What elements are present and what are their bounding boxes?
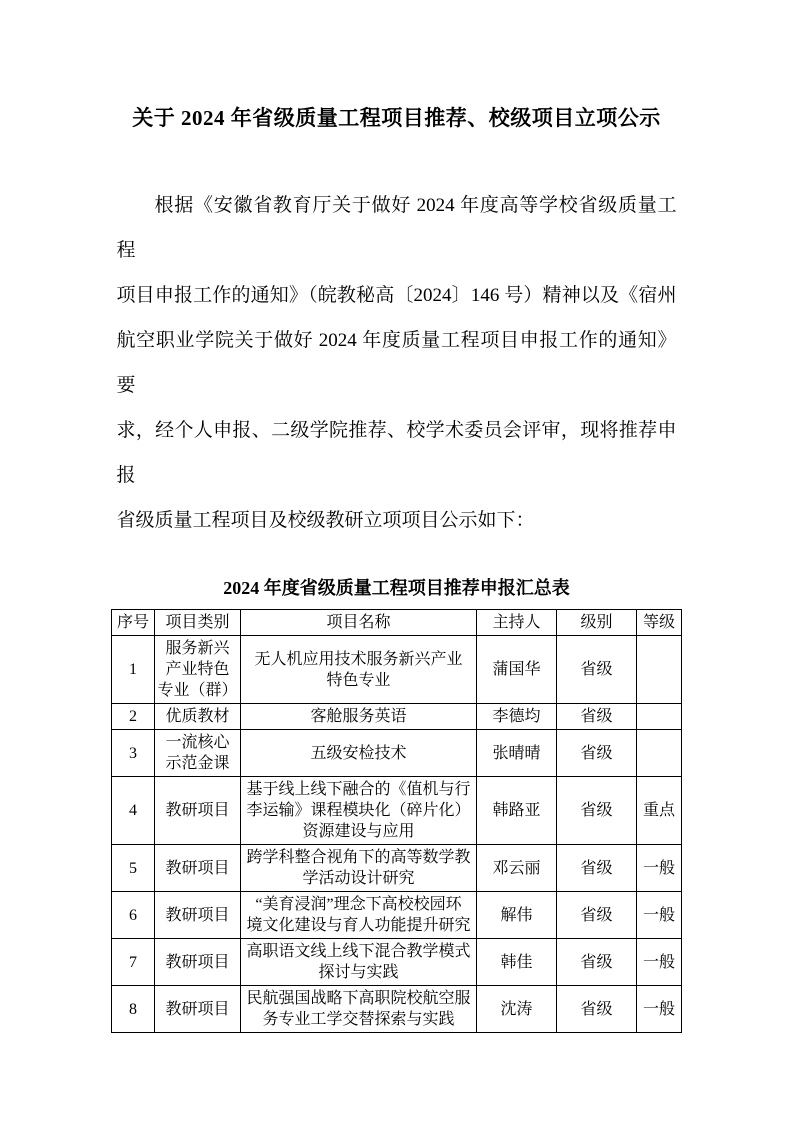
cell-category: 服务新兴 产业特色 专业（群） [155,636,241,704]
column-header-leader: 主持人 [477,610,557,636]
cell-no: 3 [112,730,155,777]
cell-name: 民航强国战略下高职院校航空服 务专业工学交替探索与实践 [241,986,477,1033]
cell-level: 省级 [557,704,637,730]
cell-category: 教研项目 [155,939,241,986]
column-header-level: 级别 [557,610,637,636]
paragraph-line: 根据《安徽省教育厅关于做好 2024 年度高等学校省级质量工程 [117,183,677,273]
cell-level: 省级 [557,939,637,986]
table-row: 4教研项目基于线上线下融合的《值机与行 李运输》课程模块化（碎片化） 资源建设与… [112,777,682,845]
cell-no: 6 [112,892,155,939]
cell-leader: 蒲国华 [477,636,557,704]
column-header-name: 项目名称 [241,610,477,636]
cell-level: 省级 [557,777,637,845]
cell-name: 跨学科整合视角下的高等数学教 学活动设计研究 [241,845,477,892]
cell-grade: 一般 [637,892,682,939]
cell-name: 客舱服务英语 [241,704,477,730]
cell-no: 1 [112,636,155,704]
document-page: 关于 2024 年省级质量工程项目推荐、校级项目立项公示 根据《安徽省教育厅关于… [0,0,793,1122]
cell-category: 一流核心 示范金课 [155,730,241,777]
cell-grade: 一般 [637,939,682,986]
table-row: 5教研项目跨学科整合视角下的高等数学教 学活动设计研究邓云丽省级一般 [112,845,682,892]
paragraph-line: 求，经个人申报、二级学院推荐、校学术委员会评审，现将推荐申报 [117,408,677,498]
cell-leader: 解伟 [477,892,557,939]
column-header-serial: 序号 [112,610,155,636]
cell-level: 省级 [557,986,637,1033]
table-row: 3一流核心 示范金课五级安检技术张晴晴省级 [112,730,682,777]
cell-no: 4 [112,777,155,845]
cell-grade [637,704,682,730]
cell-leader: 李德均 [477,704,557,730]
cell-no: 2 [112,704,155,730]
paragraph-line: 项目申报工作的通知》（皖教秘高〔2024〕146 号）精神以及《宿州 [117,273,677,318]
table-row: 6教研项目“美育浸润”理念下高校校园环 境文化建设与育人功能提升研究解伟省级一般 [112,892,682,939]
cell-grade: 一般 [637,986,682,1033]
cell-category: 优质教材 [155,704,241,730]
cell-grade: 一般 [637,845,682,892]
cell-category: 教研项目 [155,986,241,1033]
cell-level: 省级 [557,892,637,939]
table-row: 2优质教材客舱服务英语李德均省级 [112,704,682,730]
cell-name: “美育浸润”理念下高校校园环 境文化建设与育人功能提升研究 [241,892,477,939]
cell-no: 5 [112,845,155,892]
cell-leader: 张晴晴 [477,730,557,777]
cell-name: 基于线上线下融合的《值机与行 李运输》课程模块化（碎片化） 资源建设与应用 [241,777,477,845]
cell-leader: 沈涛 [477,986,557,1033]
summary-table: 序号 项目类别 项目名称 主持人 级别 等级 1服务新兴 产业特色 专业（群）无… [111,609,682,1033]
paragraph-line: 航空职业学院关于做好 2024 年度质量工程项目申报工作的通知》要 [117,318,677,408]
cell-category: 教研项目 [155,892,241,939]
cell-name: 五级安检技术 [241,730,477,777]
cell-no: 7 [112,939,155,986]
cell-level: 省级 [557,730,637,777]
cell-category: 教研项目 [155,845,241,892]
body-paragraph: 根据《安徽省教育厅关于做好 2024 年度高等学校省级质量工程项目申报工作的通知… [117,183,677,543]
cell-name: 无人机应用技术服务新兴产业 特色专业 [241,636,477,704]
cell-name: 高职语文线上线下混合教学模式 探讨与实践 [241,939,477,986]
table-row: 1服务新兴 产业特色 专业（群）无人机应用技术服务新兴产业 特色专业蒲国华省级 [112,636,682,704]
cell-leader: 邓云丽 [477,845,557,892]
table-header-row: 序号 项目类别 项目名称 主持人 级别 等级 [112,610,682,636]
cell-no: 8 [112,986,155,1033]
table-row: 7教研项目高职语文线上线下混合教学模式 探讨与实践韩佳省级一般 [112,939,682,986]
cell-leader: 韩路亚 [477,777,557,845]
cell-grade [637,636,682,704]
cell-leader: 韩佳 [477,939,557,986]
document-title: 关于 2024 年省级质量工程项目推荐、校级项目立项公示 [0,100,793,136]
cell-category: 教研项目 [155,777,241,845]
cell-grade: 重点 [637,777,682,845]
cell-level: 省级 [557,845,637,892]
table-title: 2024 年度省级质量工程项目推荐申报汇总表 [0,575,793,601]
cell-level: 省级 [557,636,637,704]
paragraph-line: 省级质量工程项目及校级教研立项项目公示如下： [117,498,677,543]
cell-grade [637,730,682,777]
table-row: 8教研项目民航强国战略下高职院校航空服 务专业工学交替探索与实践沈涛省级一般 [112,986,682,1033]
column-header-category: 项目类别 [155,610,241,636]
column-header-grade: 等级 [637,610,682,636]
